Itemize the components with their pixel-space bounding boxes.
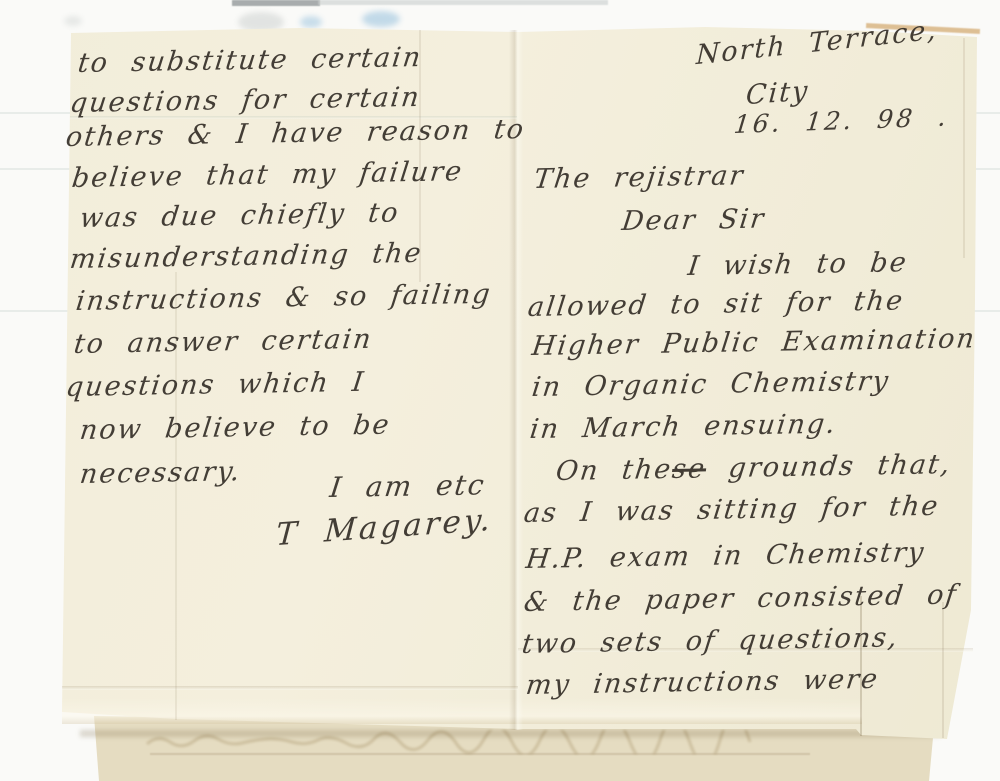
struck-out-text: se	[670, 453, 708, 485]
handwritten-line: in Organic Chemistry	[530, 368, 891, 401]
handwritten-line: allowed to sit for the	[526, 287, 905, 321]
handwritten-address: City	[745, 77, 810, 109]
scanned-letter: to substitute certainquestions for certa…	[0, 0, 1000, 781]
handwritten-line: as I was sitting for the	[522, 493, 941, 527]
handwritten-line: two sets of questions,	[520, 624, 900, 658]
handwritten-line: H.P. exam in Chemistry	[524, 539, 926, 573]
handwritten-line: Higher Public Examination	[530, 325, 977, 360]
page-right: North Terrace,City16. 12. 98 .The rejist…	[0, 0, 1000, 781]
handwritten-salutation: Dear Sir	[620, 205, 767, 235]
handwritten-line: & the paper consisted of	[522, 581, 959, 616]
handwritten-recipient: The rejistrar	[532, 162, 746, 193]
handwritten-line: On these grounds that,	[554, 451, 953, 485]
handwritten-line: my instructions were	[524, 666, 880, 699]
handwritten-address: North Terrace,	[696, 16, 939, 69]
handwritten-line: I wish to be	[686, 249, 909, 280]
handwritten-line: in March ensuing.	[528, 411, 838, 443]
handwritten-date: 16. 12. 98 .	[733, 104, 951, 137]
